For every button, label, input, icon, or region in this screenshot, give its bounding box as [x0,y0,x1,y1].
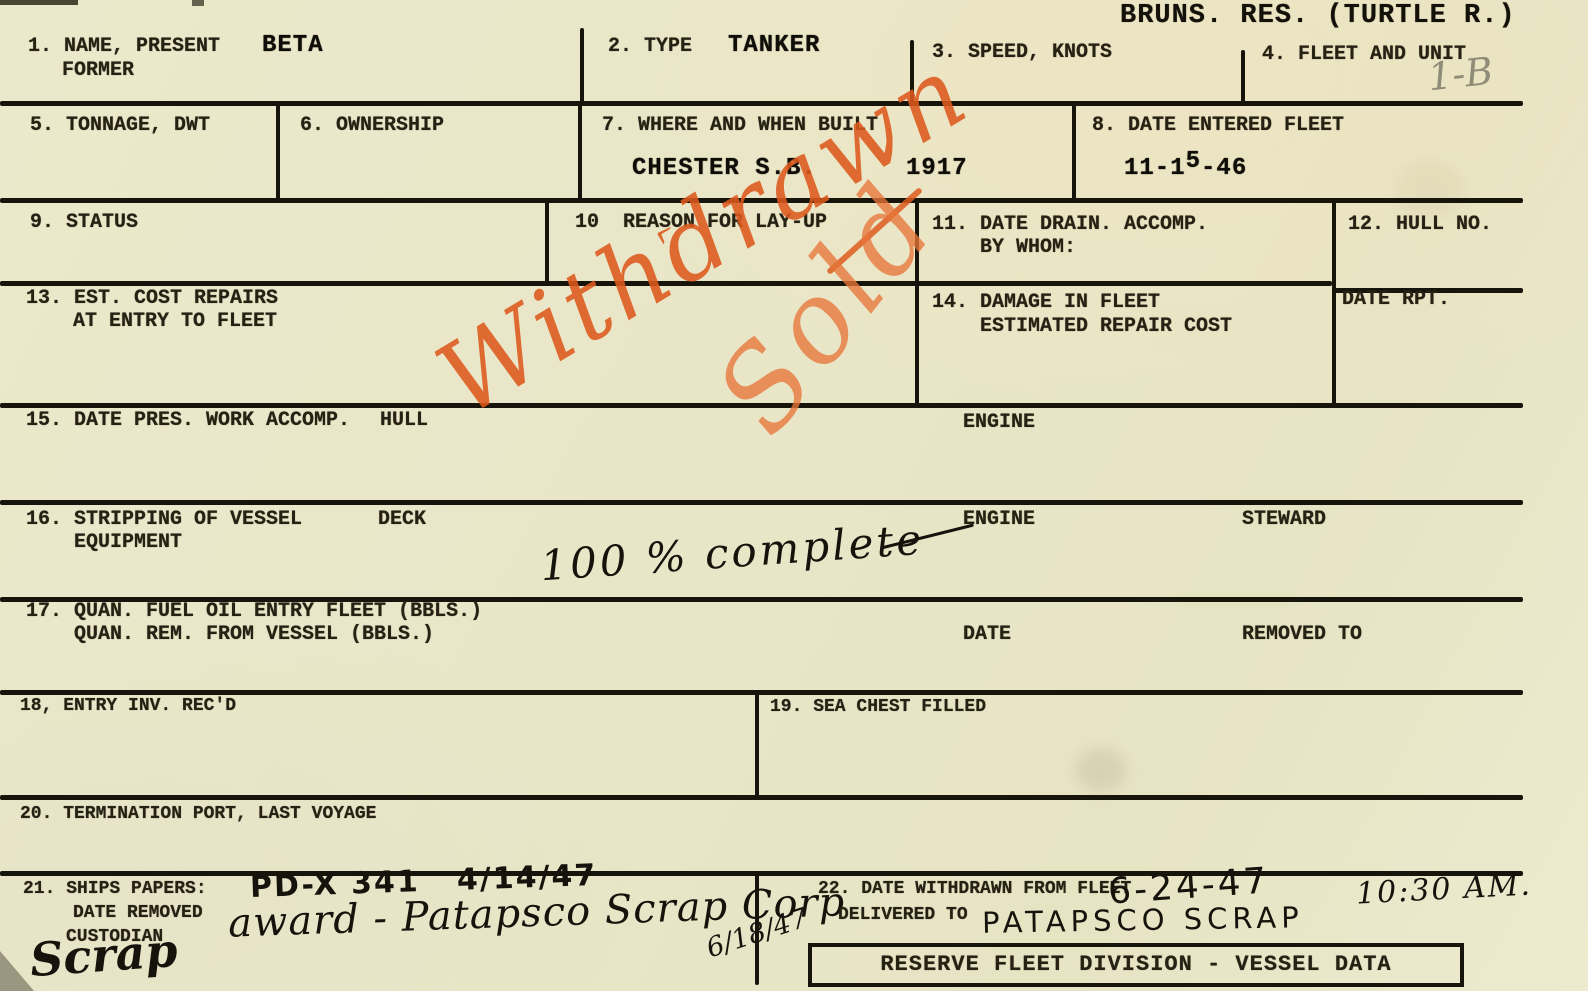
field-19-label: 19. SEA CHEST FILLED [770,698,986,718]
footer-title: RESERVE FLEET DIVISION - VESSEL DATA [880,953,1391,977]
divider-f5-f6 [276,101,280,200]
field-15-label: 15. DATE PRES. WORK ACCOMP. [26,410,350,432]
date-rpt-label: DATE RPT. [1342,289,1450,311]
field-2-value: TANKER [728,32,820,59]
field-17-date-label: DATE [963,624,1011,646]
field-13-label: 13. EST. COST REPAIRS [26,288,278,310]
scan-artifact [192,0,204,6]
field-17-label2: QUAN. REM. FROM VESSEL (BBLS.) [74,624,434,646]
field-1-value: BETA [262,32,324,59]
field-6-label: 6. OWNERSHIP [300,115,444,137]
field-22-label2: DELIVERED TO [838,906,968,926]
field-20-label: 20. TERMINATION PORT, LAST VOYAGE [20,805,376,825]
divider-f7-f8 [1072,101,1076,200]
vessel-data-card: BRUNS. RES. (TURTLE R.) 1. NAME, PRESENT… [0,0,1588,991]
field-14-label: 14. DAMAGE IN FLEET [932,292,1160,314]
field-8-value-a: 11-1 [1124,155,1186,182]
field-8-value-overstrike: 5 [1186,148,1201,175]
field-21-label: 21. SHIPS PAPERS: [23,880,207,900]
field-16-deck-label: DECK [378,509,426,531]
field-8-value: 11-15-46 [1124,155,1247,182]
rule-row8-bottom [0,795,1523,800]
field-15-hull-label: HULL [380,410,428,432]
field-22-delivered-value: PATAPSCO SCRAP [982,900,1304,940]
footer-title-box: RESERVE FLEET DIVISION - VESSEL DATA [808,943,1464,987]
rule-row5-bottom [0,500,1523,505]
divider-f6-f7 [578,101,582,200]
paper-smudge [1075,748,1127,792]
field-8-value-c: -46 [1201,155,1247,182]
field-14-label2: ESTIMATED REPAIR COST [980,316,1232,338]
field-15-engine-label: ENGINE [963,412,1035,434]
field-3-label: 3. SPEED, KNOTS [932,42,1112,64]
field-22-label: 22. DATE WITHDRAWN FROM FLEET [818,880,1131,900]
field-5-label: 5. TONNAGE, DWT [30,115,210,137]
field-16-steward-label: STEWARD [1242,509,1326,531]
field-2-label: 2. TYPE [608,36,692,58]
field-4-pencil-value: 1-B [1426,49,1495,100]
field-21-custodian-value: Scrap [28,923,179,987]
field-1-label2: FORMER [62,60,134,82]
divider-f18-f19 [755,690,759,797]
field-11-label2: BY WHOM: [980,237,1076,259]
field-1-label: 1. NAME, PRESENT [28,36,220,58]
station-header: BRUNS. RES. (TURTLE R.) [1120,2,1516,32]
field-11-label: 11. DATE DRAIN. ACCOMP. [932,214,1208,236]
field-16-label2: EQUIPMENT [74,532,182,554]
field-12-label: 12. HULL NO. [1348,214,1492,236]
field-17-label: 17. QUAN. FUEL OIL ENTRY FLEET (BBLS.) [26,601,482,623]
divider-f3-f4 [1241,50,1245,103]
rule-row7-bottom [0,690,1523,695]
field-16-label: 16. STRIPPING OF VESSEL [26,509,302,531]
field-21-label2: DATE REMOVED [73,904,203,924]
field-18-label: 18, ENTRY INV. REC'D [20,697,236,717]
rule-row9-bottom [0,871,1523,876]
rule-row1-bottom [0,101,1523,106]
field-9-label: 9. STATUS [30,212,138,234]
paper-smudge [1395,160,1465,220]
divider-f1-f2 [580,28,584,103]
field-13-label2: AT ENTRY TO FLEET [73,311,277,333]
field-16-engine-label: ENGINE [963,509,1035,531]
divider-f11-f12 [1332,198,1336,405]
field-16-hand-note: 100 % complete [539,515,926,591]
field-17-removed-to-label: REMOVED TO [1242,624,1362,646]
field-8-label: 8. DATE ENTERED FLEET [1092,115,1344,137]
scan-artifact [0,951,34,991]
scan-artifact [0,0,78,5]
